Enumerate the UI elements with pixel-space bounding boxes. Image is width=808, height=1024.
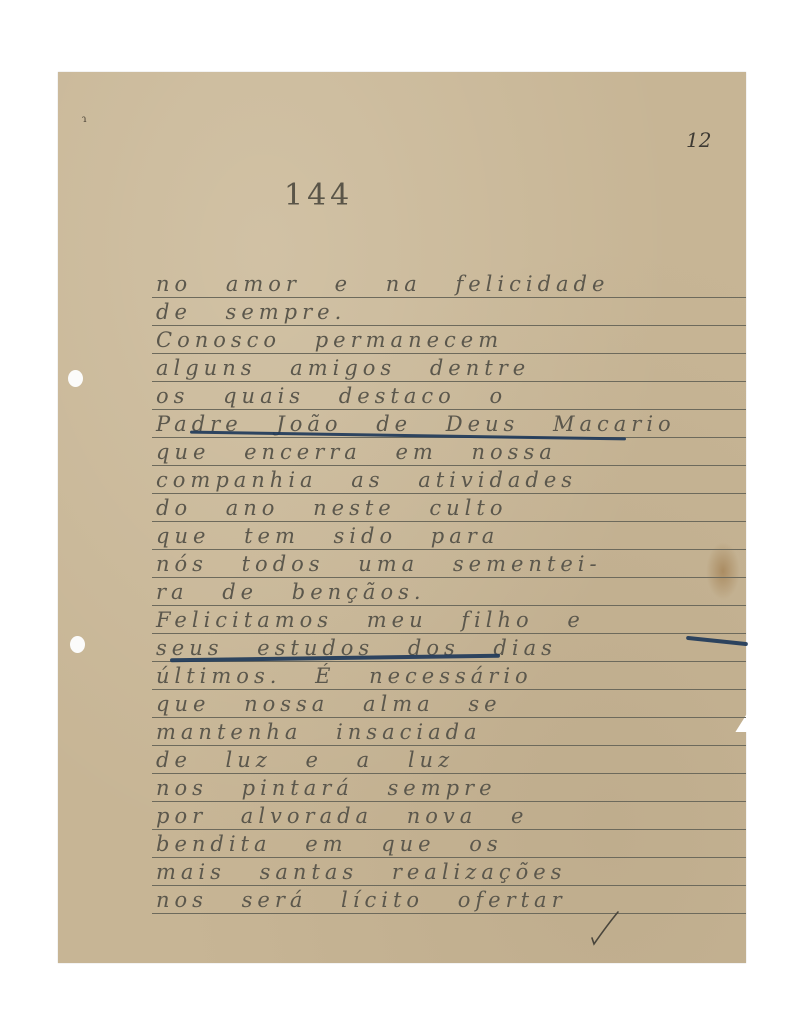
handwritten-text-block: no amor e na felicidade de sempre. Conos…: [152, 270, 746, 914]
text-line: do ano neste culto: [152, 494, 746, 522]
text-line: ra de bençãos.: [152, 578, 746, 606]
text-line: alguns amigos dentre: [152, 354, 746, 382]
page-number: 12: [686, 128, 711, 152]
text-line: Felicitamos meu filho e: [152, 606, 746, 634]
manuscript-page: ɿ 12 144 no amor e na felicidade de semp…: [58, 72, 746, 963]
text-line: os quais destaco o: [152, 382, 746, 410]
text-line: nos pintará sempre: [152, 774, 746, 802]
margin-mark: ɿ: [82, 114, 87, 125]
folio-number: 144: [284, 178, 353, 213]
punch-hole-top: [68, 370, 83, 387]
text-line: mais santas realizações: [152, 858, 746, 886]
text-line: Conosco permanecem: [152, 326, 746, 354]
text-line: companhia as atividades: [152, 466, 746, 494]
text-line: que tem sido para: [152, 522, 746, 550]
text-line: de luz e a luz: [152, 746, 746, 774]
text-line: nós todos uma sementei-: [152, 550, 746, 578]
text-line-struck: que encerra em nossa: [152, 438, 746, 466]
text-line: nos será lícito ofertar: [152, 886, 746, 914]
punch-hole-bottom: [70, 636, 85, 653]
text-line: de sempre.: [152, 298, 746, 326]
text-line: por alvorada nova e: [152, 802, 746, 830]
text-line: que nossa alma se: [152, 690, 746, 718]
text-line: mantenha insaciada: [152, 718, 746, 746]
text-line: no amor e na felicidade: [152, 270, 746, 298]
check-mark-icon: [590, 910, 620, 946]
text-line: últimos. É necessário: [152, 662, 746, 690]
text-line: bendita em que os: [152, 830, 746, 858]
